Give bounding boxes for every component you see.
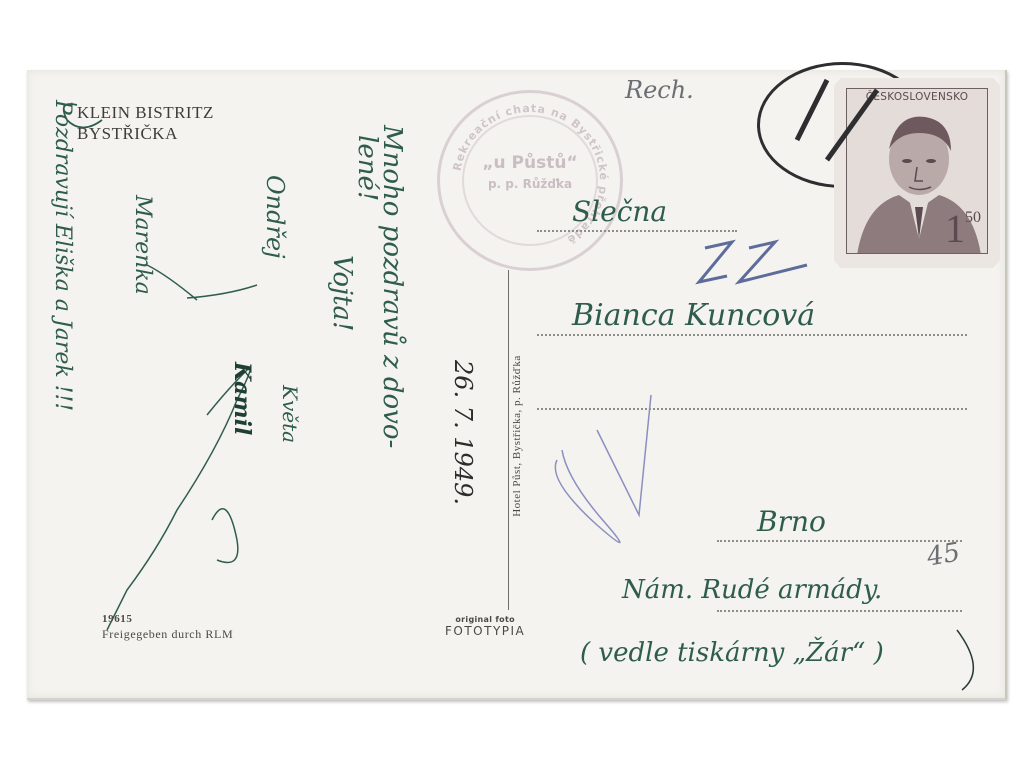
approval-note: Freigegeben durch RLM <box>102 627 233 642</box>
pencil-note-top: Rech. <box>625 76 694 104</box>
address-salutation: Slečna <box>572 195 667 228</box>
hotel-caption: Hotel Půst, Bystřička, p. Růžďka <box>511 326 523 546</box>
address-street: Nám. Rudé armády. <box>622 575 882 605</box>
printed-footer: 19615 Freigegeben durch RLM <box>102 612 233 642</box>
stamp-hotel-name: „u Půstů“ <box>440 153 620 173</box>
publisher-name: FOTOTYPIA <box>445 624 525 638</box>
stamp-value-main: 1 <box>945 206 965 251</box>
postcard-back: KLEIN BISTRITZ BYSTŘIČKA Rekreační chata… <box>27 70 1007 700</box>
address-note: ( vedle tiskárny „Žár“ ) <box>580 638 884 668</box>
publisher-mark: original foto FOTOTYPIA <box>445 615 525 638</box>
stamp-post-office: p. p. Růžďka <box>440 177 620 191</box>
address-line-4 <box>717 540 962 542</box>
title-line-german: KLEIN BISTRITZ <box>77 102 214 123</box>
address-name: Bianca Kuncová <box>572 298 815 333</box>
message-line-3: Vojta! <box>327 255 357 332</box>
address-line-3 <box>537 408 967 410</box>
stamp-center-text: „u Půstů“ p. p. Růžďka <box>440 153 620 191</box>
printed-title: KLEIN BISTRITZ BYSTŘIČKA <box>77 102 214 144</box>
address-line-1 <box>537 230 737 232</box>
address-line-5 <box>717 610 962 612</box>
stamp-value-fraction: 50 <box>965 209 981 226</box>
signature-ondrej: Ondřej <box>261 175 289 259</box>
hotel-rubber-stamp: Rekreační chata na Bystřické přehradě „u… <box>437 90 623 271</box>
postage-stamp: ČESKOSLOVENSKO 150 <box>834 78 1000 268</box>
pencil-number: 45 <box>925 537 963 572</box>
stamp-portrait-frame: ČESKOSLOVENSKO 150 <box>846 88 988 254</box>
address-city: Brno <box>757 505 826 538</box>
signature-kveta: Květa <box>278 385 302 443</box>
publisher-small-text: original foto <box>445 615 525 624</box>
message-line-2: lené! <box>352 135 382 201</box>
message-date: 26. 7. 1949. <box>449 360 477 505</box>
address-line-2 <box>537 334 967 336</box>
side-note: Pozdravují Eliška a Jarek !!! <box>50 100 75 411</box>
stamp-value: 150 <box>945 209 981 249</box>
signature-kamil: Kamil <box>229 362 255 435</box>
signature-marenka: Marenka <box>130 195 155 295</box>
center-divider-line <box>508 270 509 610</box>
catalog-number: 19615 <box>102 612 233 627</box>
title-line-czech: BYSTŘIČKA <box>77 123 214 144</box>
